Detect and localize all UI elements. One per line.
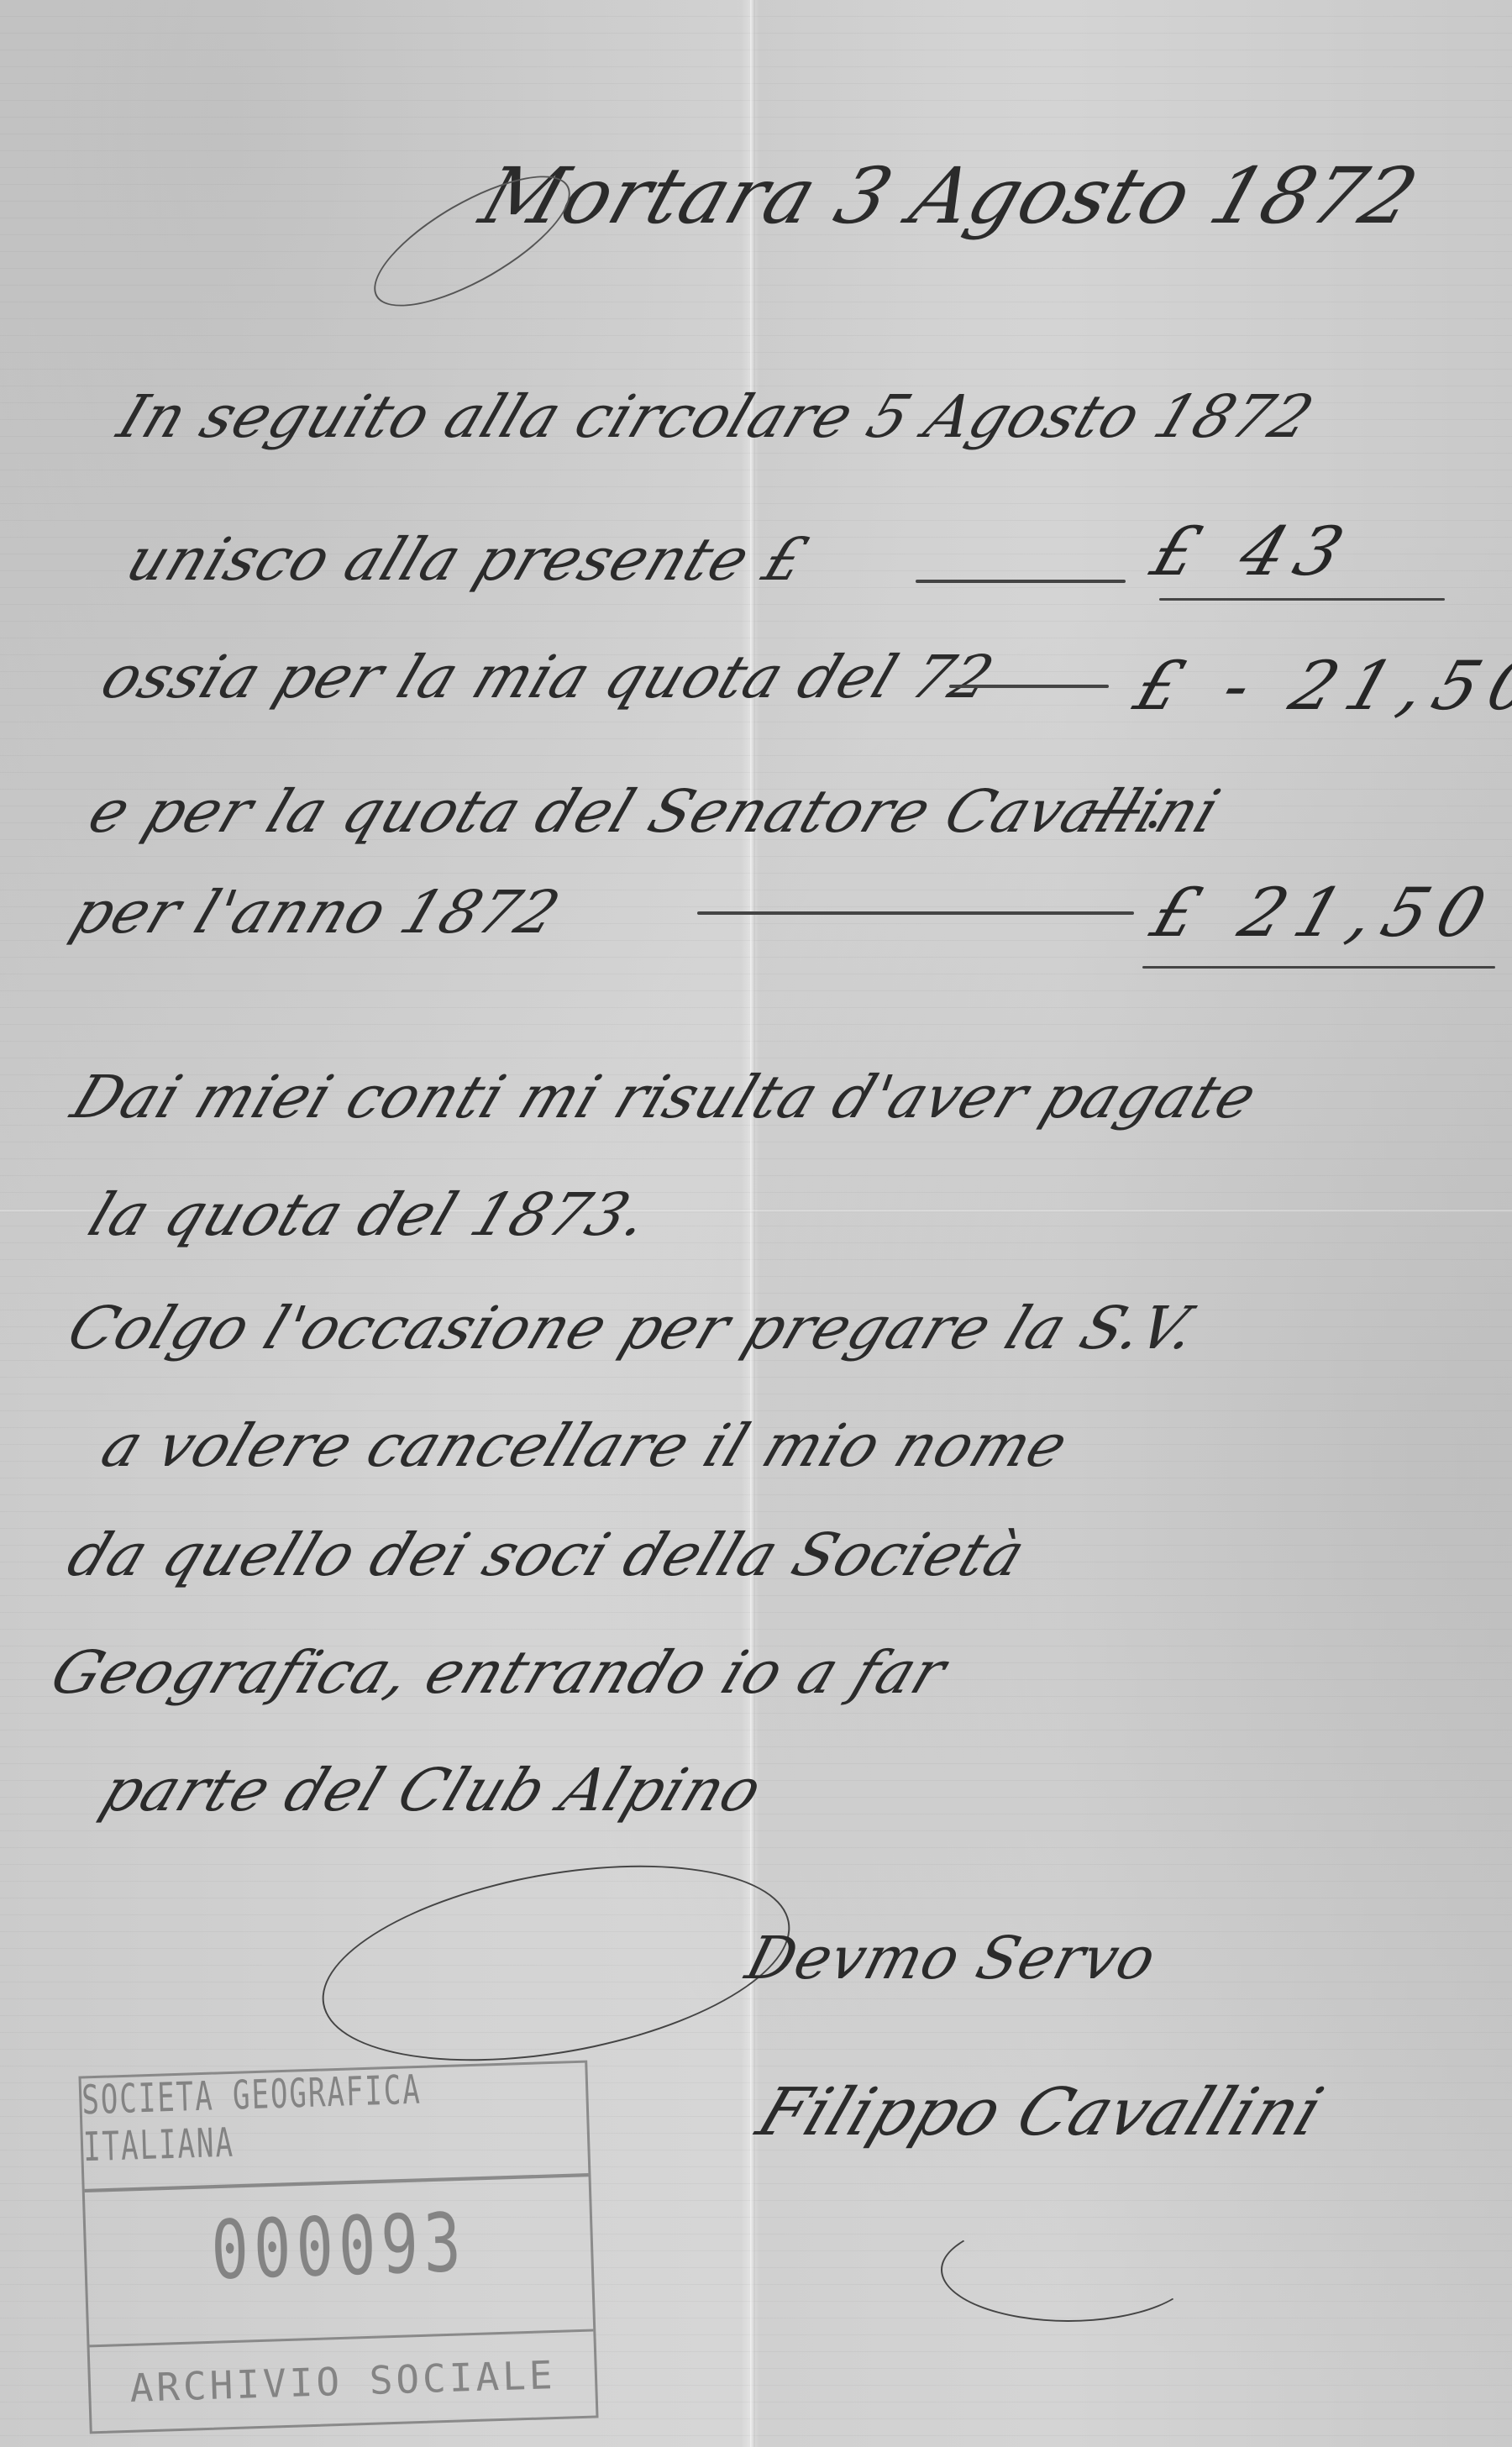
body-line-8: Colgo l'occasione per pregare la S.V. — [59, 1294, 1207, 1363]
body-line-11: Geografica, entrando io a far — [42, 1638, 956, 1707]
body-line-12: parte del Club Alpino — [92, 1756, 772, 1825]
flourish-m — [356, 151, 588, 330]
body-line-7: la quota del 1873. — [80, 1180, 659, 1249]
amount-senator-dash: —. — [1084, 773, 1163, 842]
body-line-6: Dai miei conti mi risulta d'aver pagate — [63, 1063, 1267, 1132]
body-line-10: da quello dei soci della Società — [59, 1520, 1035, 1589]
body-line-4: e per la quota del Senatore Cavallini — [80, 777, 1230, 846]
leader-line — [697, 911, 1134, 915]
body-line-9: a volere cancellare il mio nome — [92, 1411, 1078, 1480]
leader-line — [949, 685, 1109, 688]
body-line-3: ossia per la mia quota del 72 — [92, 643, 1003, 712]
stamp-archive-label: ARCHIVIO SOCIALE — [90, 2329, 596, 2432]
place-date-heading: Mortara 3 Agosto 1872 — [470, 151, 1429, 241]
body-line-5: per l'anno 1872 — [63, 878, 570, 947]
letter-page: Mortara 3 Agosto 1872 In seguito alla ci… — [0, 0, 1512, 2447]
closing-salutation: Devmo Servo — [739, 1924, 1163, 1993]
amount-year-quota: £ 21,50 — [1142, 874, 1507, 952]
amount-own-quota: £ - 21,50 — [1126, 647, 1512, 725]
signature: Filippo Cavallini — [748, 2075, 1333, 2150]
stamp-number: 000093 — [84, 2163, 592, 2332]
archive-stamp: SOCIETA GEOGRAFICA ITALIANA 000093 ARCHI… — [78, 2061, 598, 2434]
amount-total: £ 43 — [1142, 512, 1364, 591]
year-quota-underline — [1142, 966, 1495, 969]
leader-line — [916, 580, 1126, 583]
body-line-2: unisco alla presente £ — [118, 525, 817, 594]
body-line-1: In seguito alla circolare 5 Agosto 1872 — [109, 382, 1323, 451]
signature-flourish — [941, 2218, 1196, 2322]
vertical-fold-crease — [750, 0, 755, 2447]
total-underline — [1159, 598, 1445, 601]
